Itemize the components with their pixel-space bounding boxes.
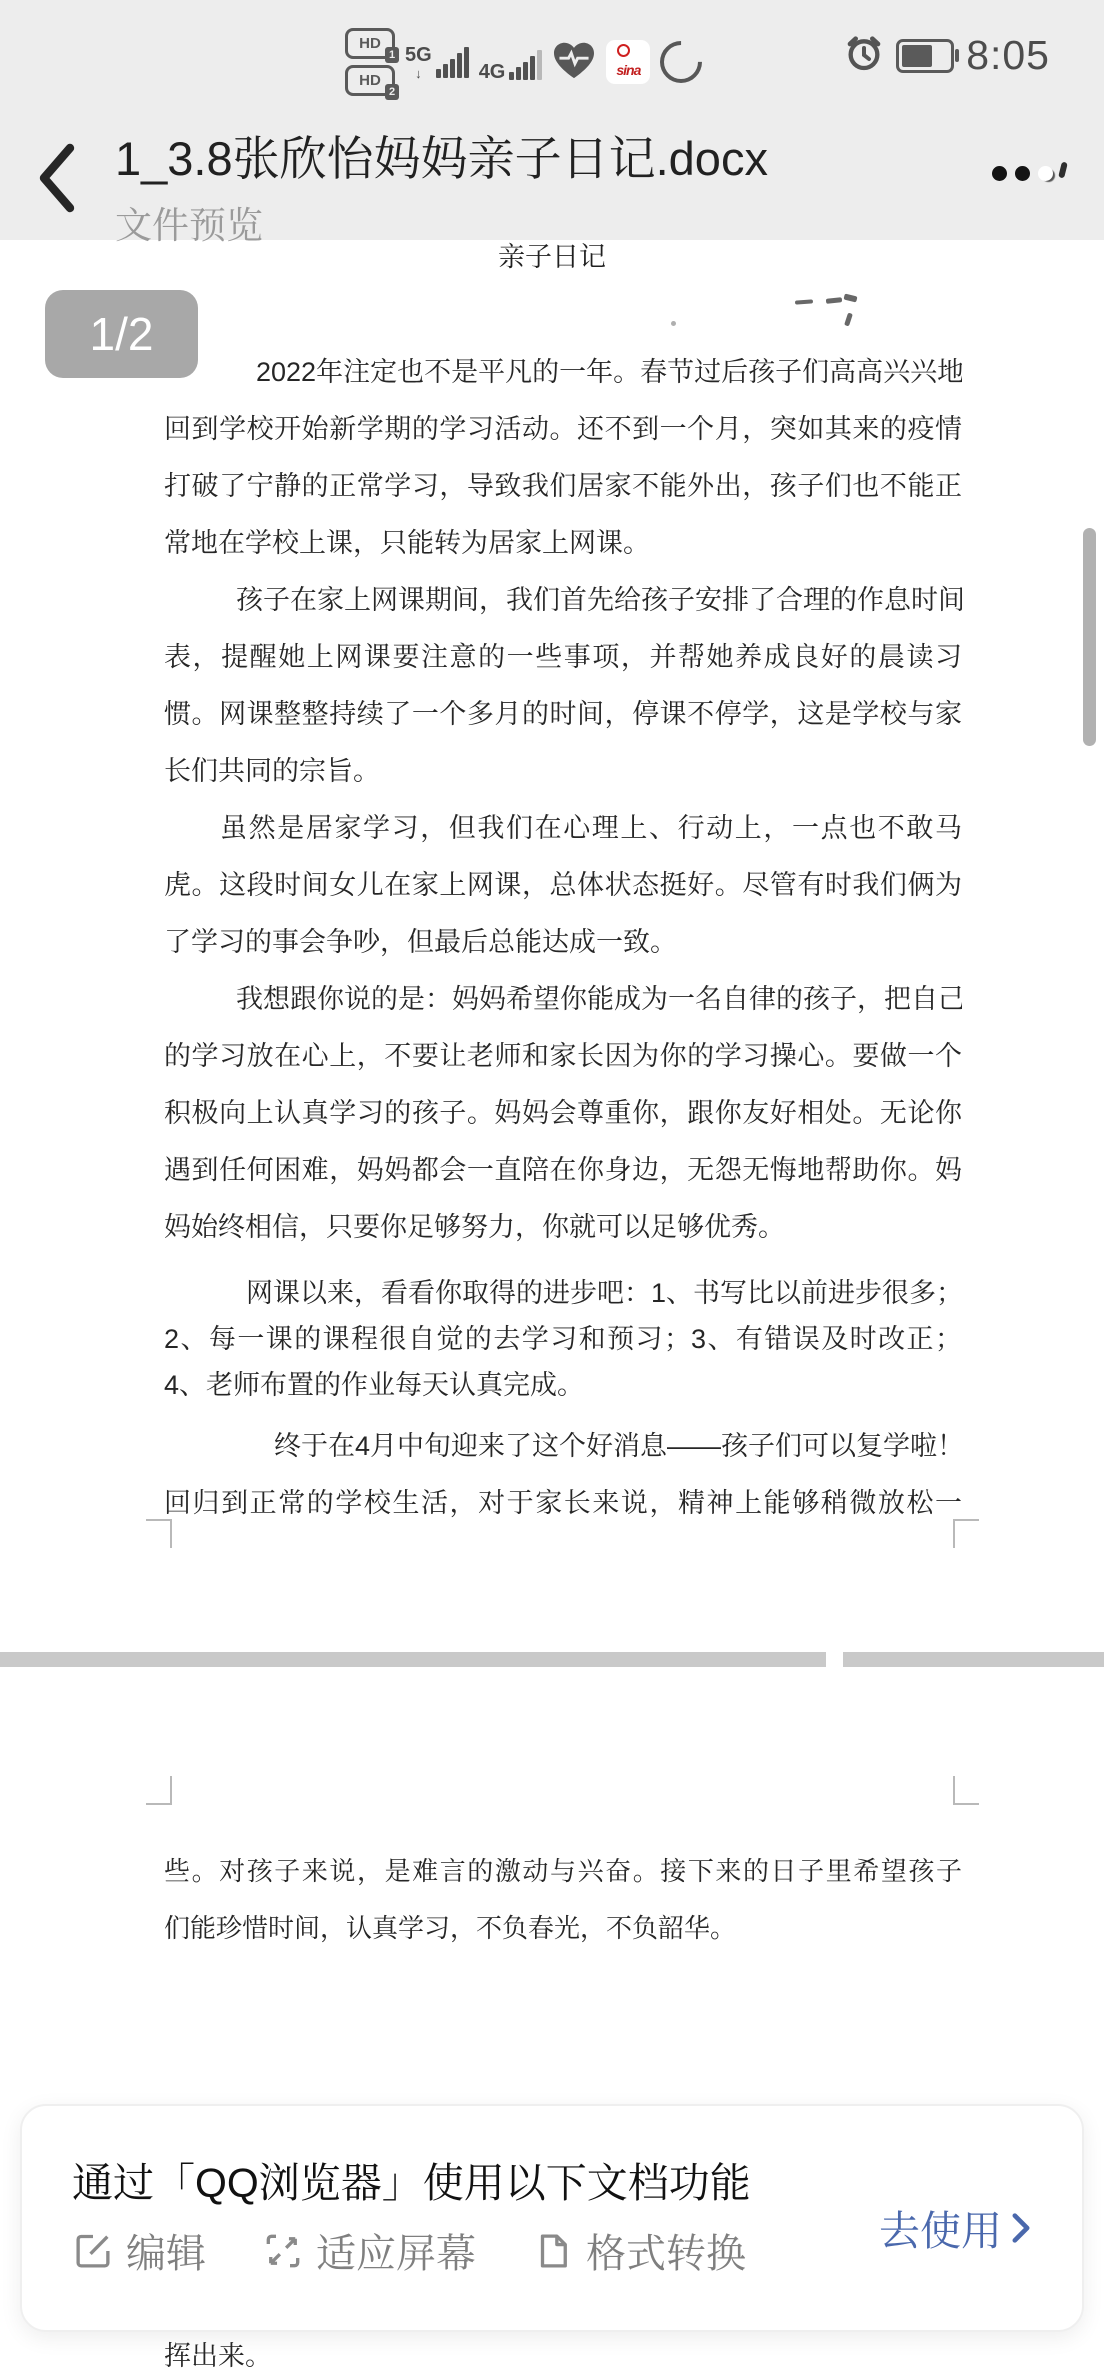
hd-volte-icon: HD 1 HD 2 <box>345 28 395 96</box>
document-text-line: 的学习放在心上，不要让老师和家长因为你的学习操心。要做一个 <box>164 1028 962 1085</box>
chevron-left-icon <box>34 142 78 214</box>
title-bar: 1_3.8张欣怡妈妈亲子日记.docx 文件预览 <box>0 110 1104 240</box>
document-text-line: 回归到正常的学校生活，对于家长来说，精神上能够稍微放松一 <box>164 1475 962 1532</box>
page-break-divider <box>0 1652 826 1667</box>
file-name-title: 1_3.8张欣怡妈妈亲子日记.docx <box>115 122 875 189</box>
faded-handwriting-mark <box>826 297 842 304</box>
status-left-cluster: HD 1 HD 2 5G ↓ 4G <box>345 28 702 96</box>
sim2-digit: 2 <box>385 84 399 100</box>
document-text-line: 些。对孩子来说，是难言的激动与兴奋。接下来的日子里希望孩子 <box>164 1843 962 1900</box>
phone-screen: HD 1 HD 2 5G ↓ 4G <box>0 0 1104 2376</box>
document-text-line: 4、老师布置的作业每天认真完成。 <box>164 1362 962 1408</box>
document-text-line: 长们共同的宗旨。 <box>164 743 962 800</box>
loading-circle-icon <box>652 32 711 91</box>
fit-screen-action-label: 适应屏幕 <box>316 2222 476 2279</box>
data-down-arrow-icon: ↓ <box>415 67 422 80</box>
edit-icon <box>72 2230 114 2272</box>
heart-pulse-icon <box>552 40 596 85</box>
sina-app-icon: sina <box>606 40 650 84</box>
document-text-line: 终于在4月中旬迎来了这个好消息——孩子们可以复学啦！ <box>164 1418 962 1475</box>
page-margin-corner-mark <box>953 1519 979 1548</box>
network-type-label: 4G <box>479 62 506 82</box>
edit-action-button[interactable]: 编辑 <box>72 2222 206 2279</box>
signal-bars-icon <box>436 47 469 80</box>
go-use-label: 去使用 <box>879 2198 1002 2257</box>
document-text-line: 虎。这段时间女儿在家上网课，总体状态挺好。尽管有时我们俩为 <box>164 857 962 914</box>
document-title: 亲子日记 <box>0 237 1104 277</box>
page-margin-corner-mark <box>146 1519 172 1548</box>
signal-bars-icon <box>509 50 542 82</box>
document-text-line: 回到学校开始新学期的学习活动。还不到一个月，突如其来的疫情 <box>164 401 962 458</box>
page-2-text: 些。对孩子来说，是难言的激动与兴奋。接下来的日子里希望孩子们能珍惜时间，认真学习… <box>164 1843 962 1957</box>
clock-time: 8:05 <box>966 32 1050 79</box>
document-text-line: 表，提醒她上网课要注意的一些事项，并帮她养成良好的晨读习 <box>164 629 962 686</box>
menu-dot <box>992 166 1007 181</box>
document-text-line: 挥出来。 <box>164 2336 272 2376</box>
convert-icon <box>532 2230 574 2272</box>
fit-screen-icon <box>262 2230 304 2272</box>
hd-label: HD <box>359 72 381 89</box>
scrollbar-thumb[interactable] <box>1083 528 1096 746</box>
network-type-label: 5G <box>405 45 432 65</box>
battery-fill <box>902 45 932 67</box>
battery-nub <box>955 49 959 62</box>
go-use-button[interactable]: 去使用 <box>879 2198 1032 2257</box>
page-break-divider <box>843 1652 1104 1667</box>
back-button[interactable] <box>32 140 80 216</box>
format-convert-action-label: 格式转换 <box>586 2222 746 2279</box>
document-text-line: 孩子在家上网课期间，我们首先给孩子安排了合理的作息时间 <box>164 572 962 629</box>
menu-dot-highlight <box>1038 166 1053 181</box>
edit-action-label: 编辑 <box>126 2222 206 2279</box>
document-text-line: 2022年注定也不是平凡的一年。春节过后孩子们高高兴兴地 <box>164 344 962 401</box>
document-text-line: 2、每一课的课程很自觉的去学习和预习；3、有错误及时改正； <box>164 1316 962 1362</box>
sim1-digit: 1 <box>385 47 399 63</box>
document-text-line: 常地在学校上课，只能转为居家上网课。 <box>164 515 962 572</box>
hd-sim2-icon: HD 2 <box>345 65 395 96</box>
document-text-line: 打破了宁静的正常学习，导致我们居家不能外出，孩子们也不能正 <box>164 458 962 515</box>
signal-5g-icon: 5G ↓ <box>405 45 469 80</box>
status-bar: HD 1 HD 2 5G ↓ 4G <box>0 0 1104 110</box>
menu-tick-mark <box>1058 162 1068 179</box>
sina-sun-mark <box>617 44 630 57</box>
promo-card-title: 通过「QQ浏览器」使用以下文档功能 <box>72 2150 751 2209</box>
qq-browser-promo-card: 通过「QQ浏览器」使用以下文档功能 编辑适应屏幕格式转换 去使用 <box>20 2104 1084 2332</box>
chevron-right-icon <box>1010 2211 1032 2245</box>
format-convert-action-button[interactable]: 格式转换 <box>532 2222 746 2279</box>
faded-handwriting-mark <box>843 294 857 303</box>
hd-sim1-icon: HD 1 <box>345 28 395 59</box>
page-margin-corner-mark <box>953 1776 979 1805</box>
document-text-line: 积极向上认真学习的孩子。妈妈会尊重你，跟你友好相处。无论你 <box>164 1085 962 1142</box>
document-actions-row: 编辑适应屏幕格式转换 <box>72 2222 802 2279</box>
more-menu-button[interactable] <box>992 166 1053 181</box>
page-1-text: 2022年注定也不是平凡的一年。春节过后孩子们高高兴兴地回到学校开始新学期的学习… <box>164 344 962 1532</box>
battery-icon <box>896 39 954 73</box>
page-margin-corner-mark <box>146 1776 172 1805</box>
document-text-line: 惯。网课整整持续了一个多月的时间，停课不停学，这是学校与家 <box>164 686 962 743</box>
header-titles: 1_3.8张欣怡妈妈亲子日记.docx 文件预览 <box>115 122 875 249</box>
document-text-line: 遇到任何困难，妈妈都会一直陪在你身边，无怨无悔地帮助你。妈 <box>164 1142 962 1199</box>
menu-dot <box>1015 166 1030 181</box>
document-text-line: 网课以来，看看你取得的进步吧：1、书写比以前进步很多； <box>164 1270 962 1316</box>
sina-wordmark: sina <box>606 62 650 78</box>
document-text-line: 妈始终相信，只要你足够努力，你就可以足够优秀。 <box>164 1199 962 1256</box>
fit-screen-action-button[interactable]: 适应屏幕 <box>262 2222 476 2279</box>
faded-handwriting-mark <box>795 299 813 304</box>
alarm-clock-icon <box>844 33 884 78</box>
signal-4g-icon: 4G <box>479 50 543 82</box>
document-text-line: 了学习的事会争吵，但最后总能达成一致。 <box>164 914 962 971</box>
document-text-line: 虽然是居家学习，但我们在心理上、行动上，一点也不敢马 <box>164 800 962 857</box>
document-text-line: 们能珍惜时间，认真学习，不负春光，不负韶华。 <box>164 1900 962 1957</box>
hd-label: HD <box>359 35 381 52</box>
status-right-cluster: 8:05 <box>844 32 1050 79</box>
document-text-line: 我想跟你说的是：妈妈希望你能成为一名自律的孩子，把自己 <box>164 971 962 1028</box>
faded-handwriting-mark <box>671 321 676 326</box>
faded-handwriting-mark <box>844 313 853 327</box>
